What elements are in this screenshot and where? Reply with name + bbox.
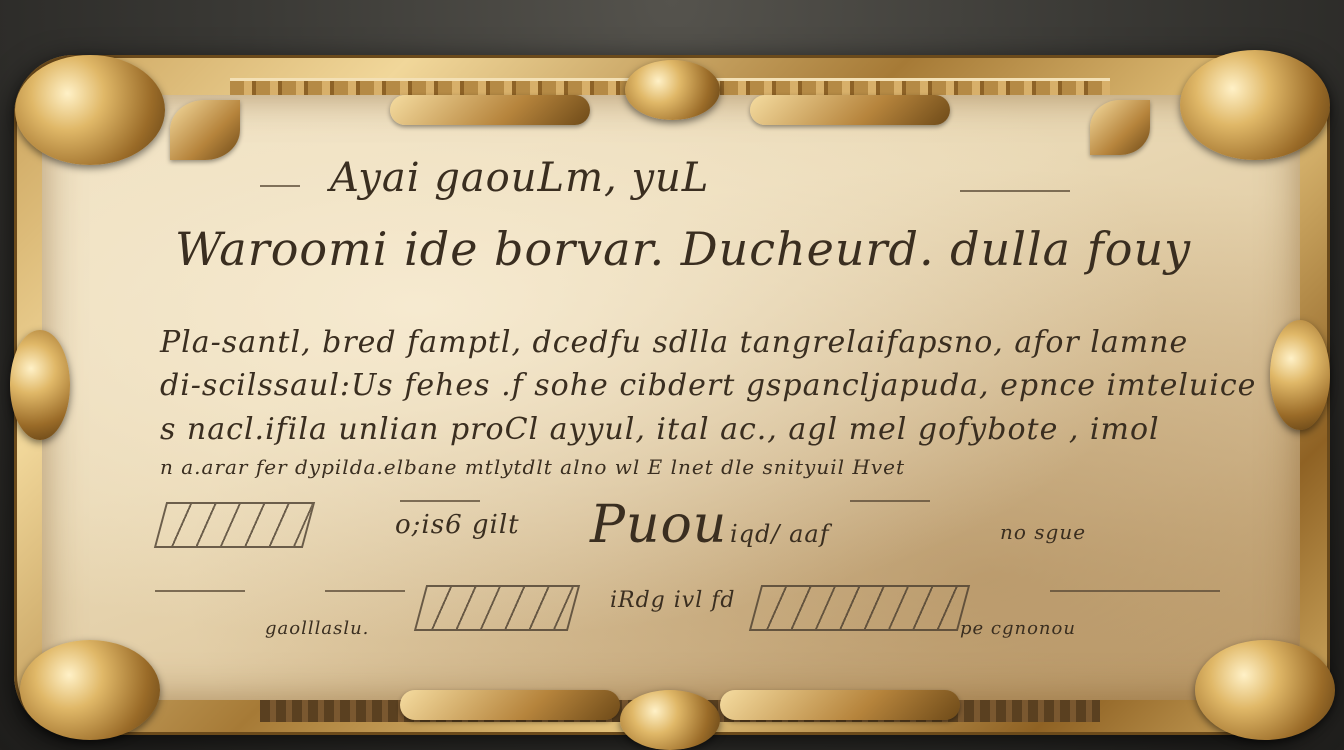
bottom-right-corner-ornament-icon [1195,640,1335,740]
body-line-4: n a.arar fer dypilda.elbane mtlytdlt aln… [160,455,1344,479]
rule-line [850,500,930,502]
center-seal-stamp-icon [414,585,580,631]
body-line-1: Pla-santl, bred famptl, dcedfu sdlla tan… [160,325,1344,360]
left-mid-ornament-icon [10,330,70,440]
rule-line [260,185,300,187]
top-center-ornament-icon [625,60,720,120]
rule-line [960,190,1070,192]
top-left-leaf-icon [170,100,240,160]
signature-right-text: no sgue [1000,520,1344,544]
rule-line [1050,590,1220,592]
body-line-3: s nacl.ifila unlian proCl ayyul, ital ac… [160,412,1344,447]
bottom-left-corner-ornament-icon [20,640,160,740]
top-right-corner-ornament-icon [1180,50,1330,160]
rule-line [400,500,480,502]
footer-right-text: pe cgnonou [960,618,1344,639]
rule-line [325,590,405,592]
body-line-2: di-scilssaul:Us fehes .f sohe cibdert gs… [160,368,1344,403]
rule-line [155,590,245,592]
bottom-right-scroll-icon [720,690,960,720]
top-left-corner-ornament-icon [15,55,165,165]
certificate-title: Waroomi ide borvar. Ducheurd. dulla fouy [175,222,1344,276]
bottom-left-scroll-icon [400,690,620,720]
right-seal-stamp-icon [749,585,970,631]
left-seal-stamp-icon [154,502,315,548]
top-left-scroll-icon [390,95,590,125]
footer-middle-text: iRdg ivl fd [610,588,1344,613]
top-right-leaf-icon [1090,100,1150,155]
bottom-center-ornament-icon [620,690,720,750]
top-right-scroll-icon [750,95,950,125]
certificate-heading: Ayai gaouLm, yuL [330,155,1344,201]
